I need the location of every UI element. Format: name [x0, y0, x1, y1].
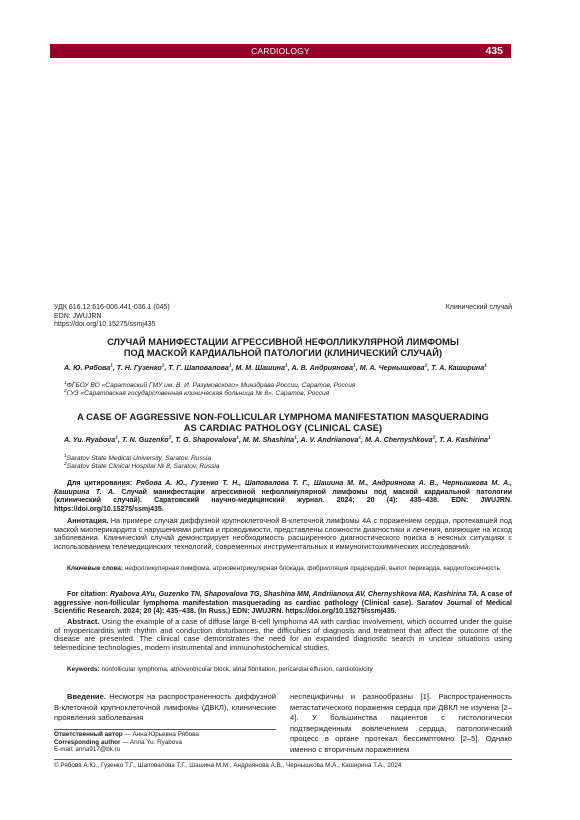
running-header: CARDIOLOGY 435	[50, 44, 511, 58]
affiliations-english: 1Saratov State Medical University, Sarat…	[64, 455, 512, 471]
abstract-text: Using the example of a case of diffuse l…	[54, 617, 512, 652]
citation-label: For citation:	[67, 590, 108, 598]
title-en-line-1: A CASE OF AGGRESSIVE NON-FOLLICULAR LYMP…	[54, 412, 512, 423]
keywords-label: Keywords:	[67, 666, 100, 673]
author-name: А. В. Андриянова	[292, 364, 354, 372]
corr-label-en: Corresponding author	[54, 739, 120, 746]
copyright-notice: © Рябова А.Ю., Гузенко Т.Г., Шаповалова …	[54, 762, 512, 770]
article-type: Клинический случай	[446, 304, 512, 313]
page-number: 435	[485, 44, 503, 58]
affiliations-russian: 1ФГБОУ ВО «Саратовский ГМУ им. В. И. Раз…	[64, 382, 512, 398]
title-russian: СЛУЧАЙ МАНИФЕСТАЦИИ АГРЕССИВНОЙ НЕФОЛЛИК…	[54, 337, 512, 358]
title-en-line-2: AS CARDIAC PATHOLOGY (CLINICAL CASE)	[54, 423, 512, 434]
affiliation-marker: 2	[432, 436, 435, 441]
affiliation-item: 2Saratov State Clinical Hospital № 8, Sa…	[64, 463, 512, 471]
citation-english: For citation: Ryabova AYu, Guzenko TN, S…	[54, 590, 512, 616]
author-name: A. Yu. Ryabova	[64, 436, 115, 444]
author-name: М. М. Шашина	[235, 364, 284, 372]
keywords-text: нефолликулярная лимфома, атриовентрикуля…	[125, 565, 500, 572]
correspondence-divider	[54, 729, 276, 730]
affiliation-marker: 1	[353, 364, 356, 369]
author-name: Т. Н. Гузенко	[117, 364, 162, 372]
affiliation-marker: 1	[110, 364, 113, 369]
authors-english: A. Yu. Ryabova1, T. N. Guzenko2, T. G. S…	[54, 436, 512, 444]
citation-text: Случай манифестации агрессивной нефоллик…	[54, 489, 512, 513]
affiliation-marker: 1	[229, 364, 232, 369]
body-column-right: неспецифичны и разнообразны [1]. Распрос…	[290, 692, 512, 756]
corr-email[interactable]: E-mail: anna917@bk.ru	[54, 746, 276, 754]
keywords-label: Ключевые слова:	[67, 565, 123, 572]
affiliation-number: 2	[64, 389, 67, 394]
author-name: M. A. Chernyshkova	[365, 436, 433, 444]
affiliation-marker: 2	[425, 364, 428, 369]
edn-code: EDN: JWUJRN	[54, 313, 512, 322]
affiliation-marker: 1	[358, 436, 361, 441]
author-name: Т. А. Каширина	[431, 364, 484, 372]
author-name: T. N. Guzenko	[122, 436, 169, 444]
affiliation-marker: 2	[162, 364, 165, 369]
corr-name-en: — Anna Yu. Ryabova	[122, 739, 182, 746]
author-name: T. A. Kashirina	[439, 436, 488, 444]
affiliation-item: 1Saratov State Medical University, Sarat…	[64, 455, 512, 463]
title-english: A CASE OF AGGRESSIVE NON-FOLLICULAR LYMP…	[54, 412, 512, 433]
author-name: M. M. Shashina	[243, 436, 294, 444]
affiliation-number: 1	[64, 381, 67, 386]
affiliation-marker: 1	[488, 436, 491, 441]
keywords-russian: Ключевые слова: нефолликулярная лимфома,…	[54, 565, 512, 574]
body-text: неспецифичны и разнообразны [1]. Распрос…	[290, 692, 512, 754]
body-column-left: Введение. Несмотря на распространенность…	[54, 692, 276, 724]
author-name: Т. Г. Шаповалова	[168, 364, 228, 372]
affiliation-marker: 2	[169, 436, 172, 441]
udk-code: УДК 616.12:616-006.441-036.1 (045)	[54, 304, 512, 313]
citation-authors: Ryabova AYu, Guzenko TN, Shapovalova TG,…	[110, 590, 479, 598]
affiliation-number: 1	[64, 454, 67, 459]
correspondence-block: Ответственный автор — Анна Юрьевна Рябов…	[54, 731, 276, 754]
authors-russian: А. Ю. Рябова1, Т. Н. Гузенко2, Т. Г. Шап…	[54, 364, 512, 372]
abstract-text: На примере случая диффузной крупноклеточ…	[54, 516, 512, 551]
affiliation-item: 2ГУЗ «Саратовская государственная клинич…	[64, 390, 512, 398]
abstract-english: Abstract. Using the example of a case of…	[54, 618, 512, 652]
citation-russian: Для цитирования: Рябова А. Ю., Гузенко Т…	[54, 480, 512, 514]
keywords-english: Keywords: nonfollicular lymphoma, atriov…	[54, 666, 512, 675]
affiliation-marker: 1	[115, 436, 118, 441]
author-name: A. V. Andriianova	[300, 436, 358, 444]
intro-label: Введение.	[67, 692, 106, 701]
author-name: T. G. Shapovalova	[175, 436, 236, 444]
author-name: А. Ю. Рябова	[64, 364, 110, 372]
affiliation-item: 1ФГБОУ ВО «Саратовский ГМУ им. В. И. Раз…	[64, 382, 512, 390]
doi-link[interactable]: https://doi.org/10.15275/ssmj435	[54, 321, 512, 330]
abstract-label: Аннотация.	[67, 516, 108, 525]
affiliation-marker: 1	[285, 364, 288, 369]
citation-label: Для цитирования:	[67, 480, 132, 487]
section-label: CARDIOLOGY	[50, 45, 511, 57]
author-name: М. А. Чернышкова	[360, 364, 425, 372]
affiliation-number: 2	[64, 462, 67, 467]
title-ru-line-2: ПОД МАСКОЙ КАРДИАЛЬНОЙ ПАТОЛОГИИ (КЛИНИЧ…	[54, 348, 512, 359]
article-meta: УДК 616.12:616-006.441-036.1 (045) EDN: …	[54, 304, 512, 330]
title-ru-line-1: СЛУЧАЙ МАНИФЕСТАЦИИ АГРЕССИВНОЙ НЕФОЛЛИК…	[54, 337, 512, 348]
affiliation-marker: 1	[294, 436, 297, 441]
keywords-text: nonfollicular lymphoma, atrioventricular…	[101, 666, 372, 673]
footer-divider	[54, 759, 512, 760]
affiliation-marker: 1	[236, 436, 239, 441]
affiliation-marker: 1	[484, 364, 487, 369]
abstract-russian: Аннотация. На примере случая диффузной к…	[54, 517, 512, 552]
corr-name-ru: — Анна Юрьевна Рябова	[124, 731, 198, 738]
corr-label-ru: Ответственный автор	[54, 731, 123, 738]
